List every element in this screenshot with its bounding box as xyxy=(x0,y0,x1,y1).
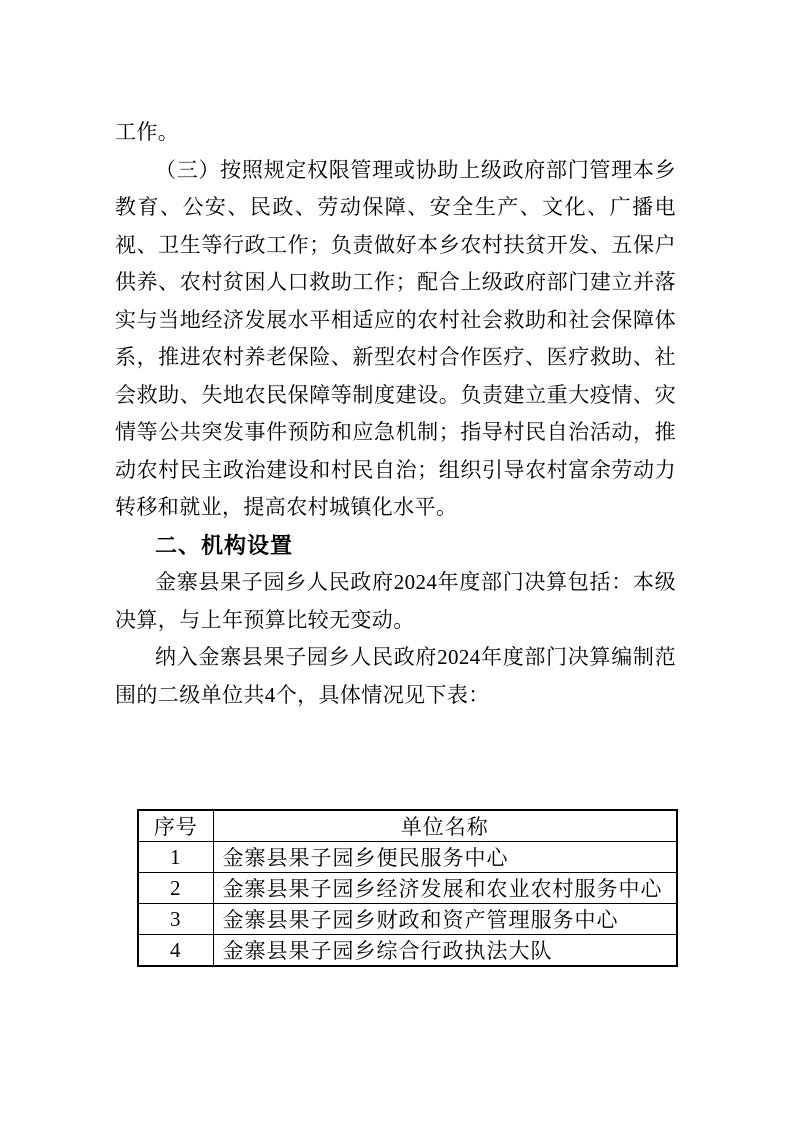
unit-name-cell: 金寨县果子园乡综合行政执法大队 xyxy=(213,935,677,967)
unit-index-cell: 4 xyxy=(138,935,213,967)
col-header-index: 序号 xyxy=(138,810,213,842)
document-page: 工作。 （三）按照规定权限管理或协助上级政府部门管理本乡 教育、公安、民政、劳动… xyxy=(0,0,793,1122)
unit-name-cell: 金寨县果子园乡财政和资产管理服务中心 xyxy=(213,904,677,935)
body-line: 实与当地经济发展水平相适应的农村社会救助和社会保障体 xyxy=(115,302,676,340)
unit-index-cell: 3 xyxy=(138,904,213,935)
col-header-unit-name: 单位名称 xyxy=(213,810,677,842)
subordinate-units-table: 序号 单位名称 1 金寨县果子园乡便民服务中心 2 金寨县果子园乡经济发展和农业… xyxy=(137,809,678,967)
body-line: 纳入金寨县果子园乡人民政府2024年度部门决算编制范 xyxy=(115,639,676,677)
body-line: 金寨县果子园乡人民政府2024年度部门决算包括：本级 xyxy=(115,564,676,602)
unit-index-cell: 2 xyxy=(138,873,213,904)
table-row: 1 金寨县果子园乡便民服务中心 xyxy=(138,842,677,873)
body-line: 工作。 xyxy=(115,114,676,152)
table-row: 2 金寨县果子园乡经济发展和农业农村服务中心 xyxy=(138,873,677,904)
body-line: 会救助、失地农民保障等制度建设。负责建立重大疫情、灾 xyxy=(115,377,676,415)
body-line: 系，推进农村养老保险、新型农村合作医疗、医疗救助、社 xyxy=(115,339,676,377)
unit-name-cell: 金寨县果子园乡经济发展和农业农村服务中心 xyxy=(213,873,677,904)
section-heading-organization-setup: 二、机构设置 xyxy=(115,527,676,565)
body-line: 决算，与上年预算比较无变动。 xyxy=(115,602,676,640)
table-header-row: 序号 单位名称 xyxy=(138,810,677,842)
body-line: 情等公共突发事件预防和应急机制；指导村民自治活动，推 xyxy=(115,414,676,452)
body-line: 供养、农村贫困人口救助工作；配合上级政府部门建立并落 xyxy=(115,264,676,302)
body-line: 动农村民主政治建设和村民自治；组织引导农村富余劳动力 xyxy=(115,452,676,490)
table-row: 3 金寨县果子园乡财政和资产管理服务中心 xyxy=(138,904,677,935)
body-line: （三）按照规定权限管理或协助上级政府部门管理本乡 xyxy=(115,152,676,190)
body-line: 视、卫生等行政工作；负责做好本乡农村扶贫开发、五保户 xyxy=(115,227,676,265)
unit-name-cell: 金寨县果子园乡便民服务中心 xyxy=(213,842,677,873)
body-line: 围的二级单位共4个，具体情况见下表： xyxy=(115,677,676,715)
unit-index-cell: 1 xyxy=(138,842,213,873)
table-row: 4 金寨县果子园乡综合行政执法大队 xyxy=(138,935,677,967)
body-line: 教育、公安、民政、劳动保障、安全生产、文化、广播电 xyxy=(115,189,676,227)
body-line: 转移和就业，提高农村城镇化水平。 xyxy=(115,489,676,527)
body-text: 工作。 （三）按照规定权限管理或协助上级政府部门管理本乡 教育、公安、民政、劳动… xyxy=(115,114,676,714)
